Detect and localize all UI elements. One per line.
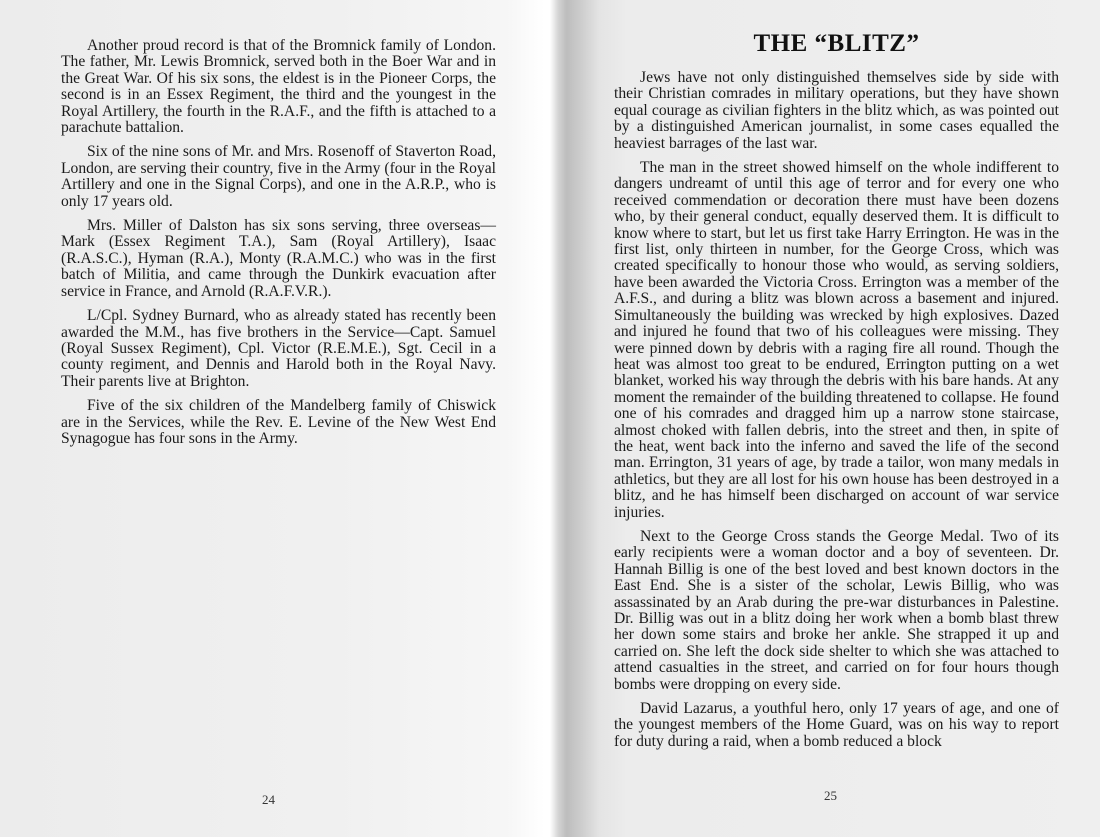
paragraph-mandelberg-levine: Five of the six children of the Mandelbe… [61,398,496,447]
left-page-body: Another proud record is that of the Brom… [61,38,496,455]
right-page: THE “BLITZ” Jews have not only distingui… [550,0,1100,837]
chapter-heading: THE “BLITZ” [614,30,1059,58]
paragraph-miller-family: Mrs. Miller of Dalston has six sons serv… [61,218,496,300]
right-page-body: Jews have not only distinguished themsel… [614,70,1059,758]
page-number-right: 25 [824,788,837,804]
paragraph-david-lazarus: David Lazarus, a youthful hero, only 17 … [614,701,1059,750]
page-number-left: 24 [262,792,275,808]
book-spread: Another proud record is that of the Brom… [0,0,1100,837]
paragraph-intro-blitz: Jews have not only distinguished themsel… [614,70,1059,152]
paragraph-bromnick-family: Another proud record is that of the Brom… [61,38,496,136]
paragraph-burnard-family: L/Cpl. Sydney Burnard, who as already st… [61,308,496,390]
paragraph-hannah-billig: Next to the George Cross stands the Geor… [614,529,1059,693]
paragraph-harry-errington: The man in the street showed himself on … [614,160,1059,521]
left-page: Another proud record is that of the Brom… [0,0,550,837]
paragraph-rosenoff-family: Six of the nine sons of Mr. and Mrs. Ros… [61,144,496,210]
